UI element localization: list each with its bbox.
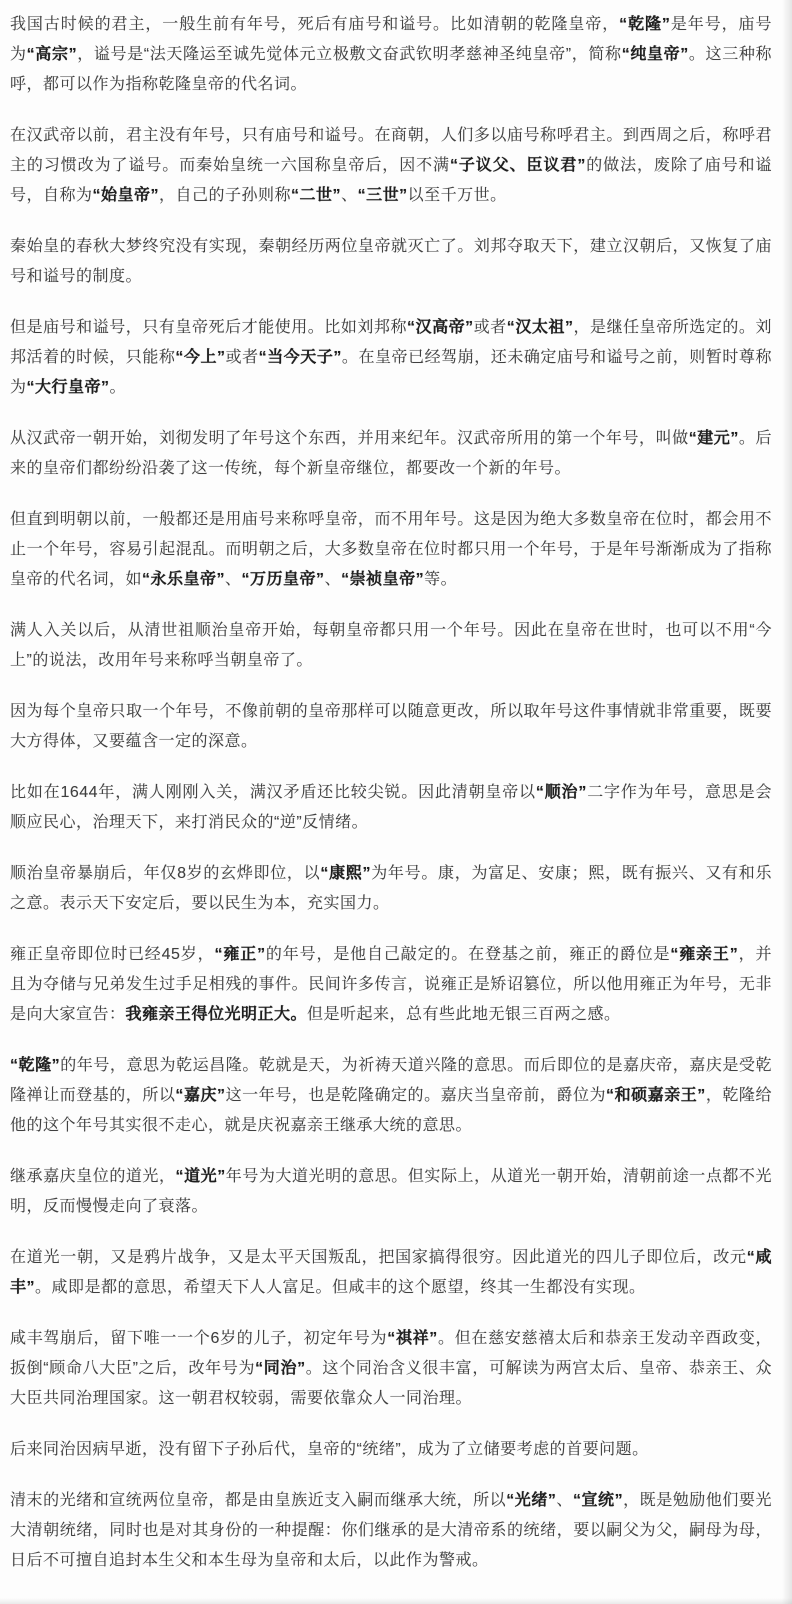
body-text: ，谥号是“法天隆运至诚先觉体元立极敷文奋武钦明孝慈神圣纯皇帝”，简称 xyxy=(77,46,622,63)
emphasized-term: “子议父、臣议君” xyxy=(450,157,586,174)
body-text: 雍正皇帝即位时已经45岁， xyxy=(10,946,215,963)
body-text: 、 xyxy=(225,571,242,588)
paragraph-9: 比如在1644年，满人刚刚入关，满汉矛盾还比较尖锐。因此清朝皇帝以“顺治”二字作… xyxy=(10,778,772,838)
paragraph-2: 在汉武帝以前，君主没有年号，只有庙号和谥号。在商朝，人们多以庙号称呼君主。到西周… xyxy=(10,121,772,211)
body-text: 从汉武帝一朝开始，刘彻发明了年号这个东西，并用来纪年。汉武帝所用的第一个年号，叫… xyxy=(10,430,689,447)
body-text: 因为每个皇帝只取一个年号，不像前朝的皇帝那样可以随意更改，所以取年号这件事情就非… xyxy=(10,703,772,750)
page-right-edge-shading xyxy=(782,0,792,1604)
emphasized-term: “大行皇帝” xyxy=(27,379,110,396)
paragraph-3: 秦始皇的春秋大梦终究没有实现，秦朝经历两位皇帝就灭亡了。刘邦夺取天下，建立汉朝后… xyxy=(10,232,772,292)
emphasized-term: “和硕嘉亲王” xyxy=(606,1087,706,1104)
body-text: 满人入关以后，从清世祖顺治皇帝开始，每朝皇帝都只用一个年号。因此在皇帝在世时，也… xyxy=(10,622,772,669)
emphasized-term: “嘉庆” xyxy=(175,1087,225,1104)
paragraph-5: 从汉武帝一朝开始，刘彻发明了年号这个东西，并用来纪年。汉武帝所用的第一个年号，叫… xyxy=(10,424,772,484)
paragraph-12: “乾隆”的年号，意思为乾运昌隆。乾就是天，为祈祷天道兴隆的意思。而后即位的是嘉庆… xyxy=(10,1051,772,1141)
body-text: 咸丰驾崩后，留下唯一一个6岁的儿子，初定年号为 xyxy=(10,1330,387,1347)
emphasized-term: “道光” xyxy=(176,1168,226,1185)
emphasized-term: “祺祥” xyxy=(387,1330,438,1347)
emphasized-term: “三世” xyxy=(358,187,408,204)
emphasized-term: “建元” xyxy=(689,430,739,447)
emphasized-term: “高宗” xyxy=(27,46,77,63)
body-text: ，自己的子孙则称 xyxy=(159,187,291,204)
emphasized-term: “康熙” xyxy=(320,865,371,882)
body-text: 但是听起来，总有些此地无银三百两之感。 xyxy=(307,1006,621,1023)
document-page: 我国古时候的君主，一般生前有年号，死后有庙号和谥号。比如清朝的乾隆皇帝，“乾隆”… xyxy=(0,0,792,1604)
emphasized-term: “永乐皇帝” xyxy=(142,571,225,588)
body-text: 在道光一朝，又是鸦片战争，又是太平天国叛乱，把国家搞得很穷。因此道光的四儿子即位… xyxy=(10,1249,747,1266)
emphasized-term: “今上” xyxy=(175,349,225,366)
body-text: 。咸即是都的意思，希望天下人人富足。但咸丰的这个愿望，终其一生都没有实现。 xyxy=(35,1279,646,1296)
paragraph-16: 后来同治因病早逝，没有留下子孙后代，皇帝的“统绪”，成为了立储要考虑的首要问题。 xyxy=(10,1435,772,1465)
body-text: 清末的光绪和宣统两位皇帝，都是由皇族近支入嗣而继承大统，所以 xyxy=(10,1492,506,1509)
paragraph-17: 清末的光绪和宣统两位皇帝，都是由皇族近支入嗣而继承大统，所以“光绪”、“宣统”，… xyxy=(10,1486,772,1576)
body-text: 这一年号，也是乾隆确定的。嘉庆当皇帝前，爵位为 xyxy=(226,1087,606,1104)
paragraph-7: 满人入关以后，从清世祖顺治皇帝开始，每朝皇帝都只用一个年号。因此在皇帝在世时，也… xyxy=(10,616,772,676)
body-text: 顺治皇帝暴崩后，年仅8岁的玄烨即位，以 xyxy=(10,865,320,882)
paragraph-15: 咸丰驾崩后，留下唯一一个6岁的儿子，初定年号为“祺祥”。但在慈安慈禧太后和恭亲王… xyxy=(10,1324,772,1414)
body-text: 我国古时候的君主，一般生前有年号，死后有庙号和谥号。比如清朝的乾隆皇帝， xyxy=(10,16,619,33)
emphasized-term: “雍正” xyxy=(215,946,266,963)
emphasized-term: “汉高帝” xyxy=(407,319,474,336)
emphasized-term: “光绪” xyxy=(506,1492,556,1509)
body-text: 或者 xyxy=(226,349,259,366)
emphasized-term: “雍亲王” xyxy=(670,946,738,963)
body-text: 或者 xyxy=(474,319,507,336)
body-text: 后来同治因病早逝，没有留下子孙后代，皇帝的“统绪”，成为了立储要考虑的首要问题。 xyxy=(10,1441,649,1458)
body-text: 。 xyxy=(110,379,127,396)
body-text: 、 xyxy=(556,1492,573,1509)
body-text: 的年号，是他自己敲定的。在登基之前，雍正的爵位是 xyxy=(266,946,671,963)
body-text: 但是庙号和谥号，只有皇帝死后才能使用。比如刘邦称 xyxy=(10,319,407,336)
body-text: 、 xyxy=(325,571,342,588)
paragraph-1: 我国古时候的君主，一般生前有年号，死后有庙号和谥号。比如清朝的乾隆皇帝，“乾隆”… xyxy=(10,10,772,100)
body-text: 继承嘉庆皇位的道光， xyxy=(10,1168,176,1185)
emphasized-term: “纯皇帝” xyxy=(622,46,689,63)
paragraph-13: 继承嘉庆皇位的道光，“道光”年号为大道光明的意思。但实际上，从道光一朝开始，清朝… xyxy=(10,1162,772,1222)
emphasized-term: “崇祯皇帝” xyxy=(341,571,424,588)
body-text: 比如在1644年，满人刚刚入关，满汉矛盾还比较尖锐。因此清朝皇帝以 xyxy=(10,784,536,801)
body-text: 等。 xyxy=(424,571,457,588)
emphasized-term: “万历皇帝” xyxy=(242,571,325,588)
page-bottom-edge-shading xyxy=(0,1598,792,1604)
paragraph-4: 但是庙号和谥号，只有皇帝死后才能使用。比如刘邦称“汉高帝”或者“汉太祖”，是继任… xyxy=(10,313,772,403)
emphasized-term: “宣统” xyxy=(573,1492,623,1509)
emphasized-term: “乾隆” xyxy=(619,16,670,33)
emphasized-term: “二世” xyxy=(291,187,341,204)
emphasized-term: “同治” xyxy=(255,1360,305,1377)
paragraph-11: 雍正皇帝即位时已经45岁，“雍正”的年号，是他自己敲定的。在登基之前，雍正的爵位… xyxy=(10,940,772,1030)
emphasized-term: “乾隆” xyxy=(10,1057,60,1074)
paragraph-14: 在道光一朝，又是鸦片战争，又是太平天国叛乱，把国家搞得很穷。因此道光的四儿子即位… xyxy=(10,1243,772,1303)
emphasized-term: “汉太祖” xyxy=(507,319,574,336)
paragraph-6: 但直到明朝以前，一般都还是用庙号来称呼皇帝，而不用年号。这是因为绝大多数皇帝在位… xyxy=(10,505,772,595)
emphasized-term: “顺治” xyxy=(536,784,587,801)
emphasized-term: “当今天子” xyxy=(259,349,342,366)
body-text: 、 xyxy=(341,187,358,204)
paragraph-10: 顺治皇帝暴崩后，年仅8岁的玄烨即位，以“康熙”为年号。康，为富足、安康；熙，既有… xyxy=(10,859,772,919)
article-body: 我国古时候的君主，一般生前有年号，死后有庙号和谥号。比如清朝的乾隆皇帝，“乾隆”… xyxy=(10,10,772,1576)
body-text: 以至千万世。 xyxy=(408,187,507,204)
emphasized-term: “始皇帝” xyxy=(93,187,160,204)
paragraph-8: 因为每个皇帝只取一个年号，不像前朝的皇帝那样可以随意更改，所以取年号这件事情就非… xyxy=(10,697,772,757)
emphasized-term: 我雍亲王得位光明正大。 xyxy=(126,1006,308,1023)
body-text: 秦始皇的春秋大梦终究没有实现，秦朝经历两位皇帝就灭亡了。刘邦夺取天下，建立汉朝后… xyxy=(10,238,772,285)
